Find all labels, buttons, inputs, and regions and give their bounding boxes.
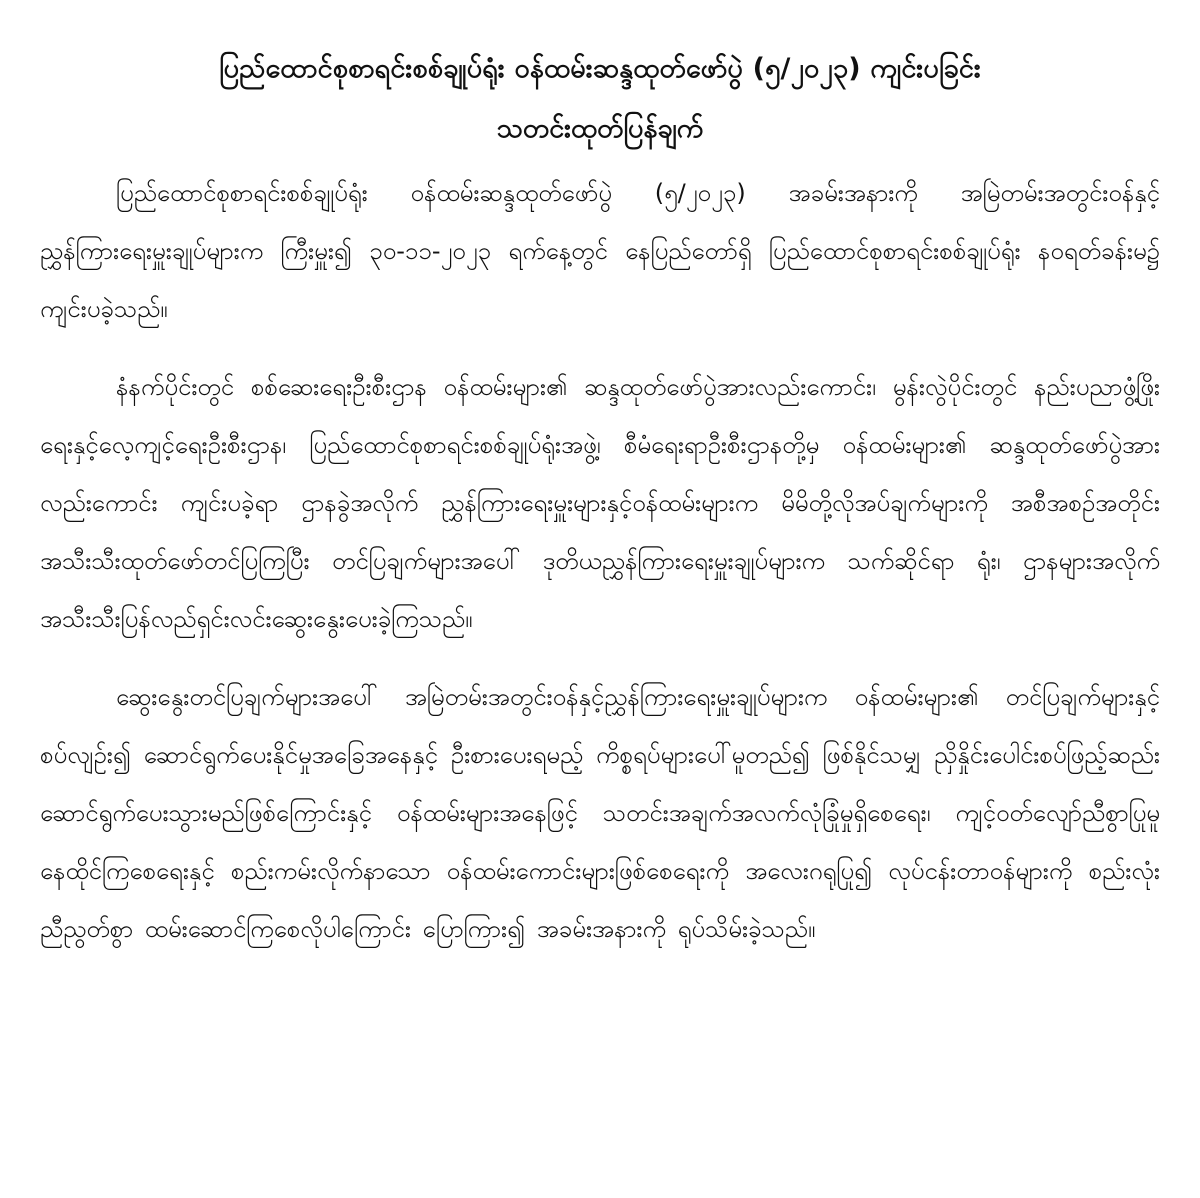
paragraph-3: ဆွေးနွေးတင်ပြချက်များအပေါ် အမြဲတမ်းအတွင်… [40,668,1160,958]
document-page: ပြည်ထောင်စုစာရင်းစစ်ချုပ်ရုံး ဝန်ထမ်းဆန္… [0,0,1200,1198]
paragraph-1: ပြည်ထောင်စုစာရင်းစစ်ချုပ်ရုံး ဝန်ထမ်းဆန္… [40,164,1160,338]
document-subtitle: သတင်းထုတ်ပြန်ချက် [40,100,1160,158]
paragraph-2: နံနက်ပိုင်းတွင် စစ်ဆေးရေးဦးစီးဌာန ဝန်ထမ်… [40,358,1160,648]
document-title: ပြည်ထောင်စုစာရင်းစစ်ချုပ်ရုံး ဝန်ထမ်းဆန္… [40,40,1160,98]
